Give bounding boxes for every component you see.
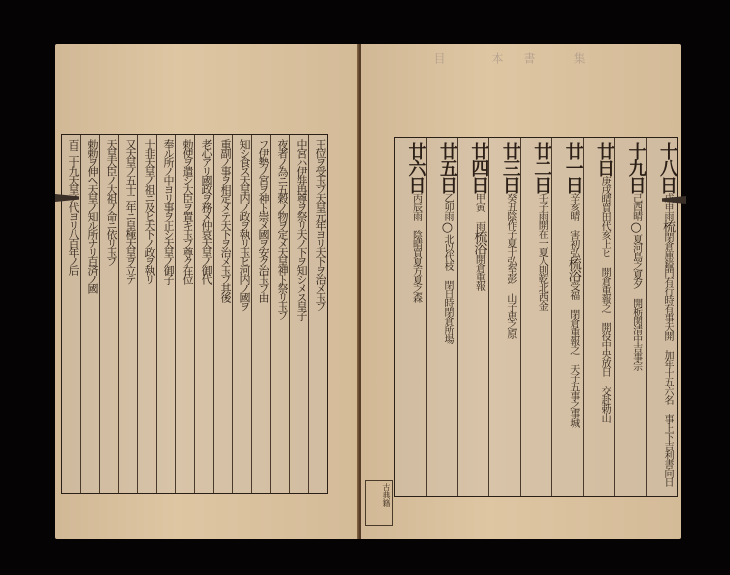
bleed-through-text: 本 [489,52,506,64]
entry-note: 開倉重報 [473,254,484,290]
entry-weather: 戊申雨 [662,193,673,220]
entry-weather: 庚戌晴 [599,176,610,203]
diary-entry: 廿日庚戌晴買田代亥上ヒ 開倉重報之 開役中央放日 交赴勅山 [583,138,614,496]
entry-note: 閉倉庫鎰門有行時有事天開 加年十五六名 事上下吉利書向日 [662,232,673,486]
bleed-through-text: 集 [571,52,588,64]
entry-day: 廿四日 [468,142,488,193]
entry-weather: 丙辰雨 陰晴 [411,193,422,248]
entry-weather: 己酉晴 [631,193,642,220]
entry-mark: 梳浴 [471,230,486,254]
entry-note: 買夏方夏之森 [411,248,422,302]
text-column: フ伊勢ノ宮ヲ神ト崇メ國ヲ安ク治玉フ由 [251,135,270,493]
entry-weather: 乙卯雨 [442,193,453,220]
entry-note: 北以代枝 閉日時閉倉所場 [442,234,453,343]
entry-weather: 甲寅 雨 [473,193,484,230]
entry-day: 廿日 [594,142,614,176]
open-book: 王位ヲ受玉フ天皇元年ヨリ天下ヲ治メ玉フ 中宮ハ伊弉冉尊ヲ祭リ天ノ下ヲ知シメス皇子… [50,40,690,540]
entry-day: 廿六日 [406,142,426,193]
diary-entry: 廿二日壬子雨開在一夏人則乾北西金 [520,138,551,496]
text-column: 奉ル所ノ中ヨリ事ヲ正シ天皇ノ御子 [156,135,175,493]
entry-weather: 癸丑陰 [505,193,516,220]
diary-entry: 十九日己酉晴○夏河島之夏夕 開栃関清中吉事宗 [614,138,645,496]
diary-entry: 廿三日癸丑陰作子夏十弘至彭 山子恵之原 [488,138,519,496]
entry-mark: ○ [440,220,455,234]
left-page: 王位ヲ受玉フ天皇元年ヨリ天下ヲ治メ玉フ 中宮ハ伊弉冉尊ヲ祭リ天ノ下ヲ知シメス皇子… [55,44,360,539]
entry-day: 廿一日 [563,142,583,193]
entry-note: 作子夏十弘至彭 山子恵之原 [505,220,516,338]
diary-entries-frame: 十八日戊申雨梳閉倉庫鎰門有行時有事天開 加年十五六名 事上下吉利書向日 十九日己… [394,137,678,497]
diary-entry: 廿六日丙辰雨 陰晴買夏方夏之森 [395,138,425,496]
entry-day: 廿二日 [531,142,551,193]
entry-mark: ○ [629,220,644,234]
entry-mark: 梳浴 [566,257,581,281]
diary-entry: 十八日戊申雨梳閉倉庫鎰門有行時有事天開 加年十五六名 事上下吉利書向日 [646,138,677,496]
text-column: 勅使ヲ遣シ大臣ヲ置キ玉フ尊ク在位 [175,135,194,493]
text-column: 王位ヲ受玉フ天皇元年ヨリ天下ヲ治メ玉フ [308,135,327,493]
entry-day: 廿五日 [437,142,457,193]
diary-entry: 廿五日乙卯雨○北以代枝 閉日時閉倉所場 [426,138,457,496]
entry-day: 十八日 [657,142,677,193]
text-column: 勅勅ヲ伸ヘ天皇ノ知ル所ナリ百済ノ國 [80,135,99,493]
library-seal-stamp: 古典籍 [365,480,393,526]
bleed-through-text: 目 [431,52,448,64]
text-column: 中宮ハ伊弉冉尊ヲ祭リ天ノ下ヲ知シメス皇子 [289,135,308,493]
text-column: 百二十九天皇ノ代ヨリ八百年ノ后 [62,135,80,493]
diary-entry: 廿一日辛亥晴 害初弘梳浴受福 閉倉重報之 天子五事之事城 [551,138,582,496]
left-page-text-frame: 王位ヲ受玉フ天皇元年ヨリ天下ヲ治メ玉フ 中宮ハ伊弉冉尊ヲ祭リ天ノ下ヲ知シメス皇子… [61,134,328,494]
entry-day: 十九日 [626,142,646,193]
text-column: 知シ食ス天皇内ノ政ヲ執リ玉ヒ河内ノ國ヲ [232,135,251,493]
entry-day: 廿三日 [500,142,520,193]
entry-note: 開在一夏人則乾北西金 [536,220,547,310]
entry-note: 受福 閉倉重報之 天子五事之事城 [568,281,579,427]
entry-mark: 梳 [660,220,675,232]
text-column: 重副ノ事ヲ相定メテ天下ヲ治メ玉フ其後 [213,135,232,493]
text-column: 夜者ノ為ニ五穀ノ物ヲ定メ天皇神ト祭リ玉フ [270,135,289,493]
text-column: 十非天皇ノ祖ニ及ヒ天下ノ政ヲ執リ [137,135,156,493]
right-page: 目 本 書 集 十八日戊申雨梳閉倉庫鎰門有行時有事天開 加年十五六名 事上下吉利… [361,44,681,539]
entry-note: 夏河島之夏夕 開栃関清中吉事宗 [631,234,642,370]
entry-weather: 辛亥晴 害初弘 [568,193,579,257]
text-column: 天皇大臣ノ大祖ノ命ニ依リ玉フ [99,135,118,493]
diary-entry: 廿四日甲寅 雨梳浴開倉重報 [457,138,488,496]
text-column: 又天皇ノ五十二年ニ皇極天皇ヲ立テ [118,135,137,493]
entry-weather: 壬子雨 [536,193,547,220]
text-column: 老心アリ國政ヲ務メ仲哀天皇ノ御代 [194,135,213,493]
bleed-through-text: 書 [521,52,538,64]
entry-note: 買田代亥上ヒ 開倉重報之 開役中央放日 交赴勅山 [599,203,610,422]
